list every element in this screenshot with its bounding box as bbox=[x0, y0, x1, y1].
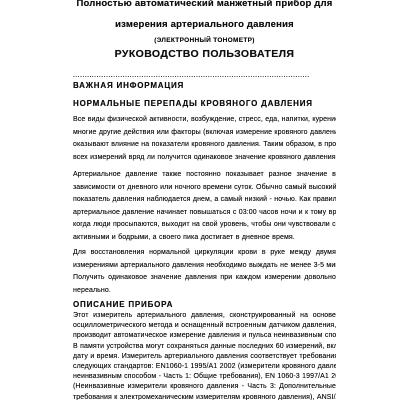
text-line: дату и время. Измеритель артериального д… bbox=[73, 352, 336, 362]
product-subtitle: (ЭЛЕКТРОННЫЙ ТОНОМЕТР) bbox=[73, 37, 336, 44]
text-line: производит автоматическое измерение давл… bbox=[73, 331, 336, 341]
text-line: Получить одинаковое значение давления пр… bbox=[73, 272, 336, 285]
paragraph-daily-variation: Артериальное давление также постоянно по… bbox=[73, 169, 336, 244]
text-line: показатель давления наблюдается днем, а … bbox=[73, 194, 336, 207]
text-line: следующих стандартов: EN1060-1 1995/A1 2… bbox=[73, 362, 336, 372]
product-title-line2: измерения артериального давления bbox=[73, 19, 336, 30]
text-line: осциллометрического метода и оснащенный … bbox=[73, 321, 336, 331]
dotted-separator: ........................................… bbox=[73, 73, 309, 79]
section-heading-bp-fluctuations: НОРМАЛЬНЫЕ ПЕРЕПАДЫ КРОВЯНОГО ДАВЛЕНИЯ bbox=[73, 99, 336, 108]
text-line: зависимости от дневного или ночного врем… bbox=[73, 182, 336, 195]
text-line: всех измерений вряд ли получится одинако… bbox=[73, 152, 336, 165]
text-line: нереально. bbox=[73, 285, 336, 298]
document-page: Полностью автоматический манжетный прибо… bbox=[0, 0, 400, 400]
product-title-line1: Полностью автоматический манжетный прибо… bbox=[73, 0, 336, 9]
text-line: активными и бодрыми, а своего пика дости… bbox=[73, 232, 336, 245]
manual-title: РУКОВОДСТВО ПОЛЬЗОВАТЕЛЯ bbox=[73, 48, 336, 60]
paragraph-device-description: Этот измеритель артериального давления, … bbox=[73, 311, 336, 400]
text-line: артериальное давление начинает повышатьс… bbox=[73, 207, 336, 220]
text-line: измерениями артериального давления необх… bbox=[73, 260, 336, 273]
text-line: Для восстановления нормальной циркуляции… bbox=[73, 247, 336, 260]
text-line: многие другие действия или факторы (вклю… bbox=[73, 127, 336, 140]
text-line: В памяти устройства могут сохраняться да… bbox=[73, 342, 336, 352]
text-line: неинвазивным способом - Часть 1: Общие т… bbox=[73, 372, 336, 382]
paragraph-bp-factors: Все виды физической активности, возбужде… bbox=[73, 114, 336, 164]
text-line: когда люди просыпаются, выходит на свой … bbox=[73, 219, 336, 232]
text-line: оказывают влияние на показатели кровяног… bbox=[73, 139, 336, 152]
text-line: Все виды физической активности, возбужде… bbox=[73, 114, 336, 127]
section-heading-device-description: ОПИСАНИЕ ПРИБОРА bbox=[73, 300, 336, 309]
section-heading-important-info: ВАЖНАЯ ИНФОРМАЦИЯ bbox=[73, 81, 336, 90]
text-line: Артериальное давление также постоянно по… bbox=[73, 169, 336, 182]
paragraph-wait-between-measurements: Для восстановления нормальной циркуляции… bbox=[73, 247, 336, 297]
text-line: Этот измеритель артериального давления, … bbox=[73, 311, 336, 321]
text-line: (Неинвазивные измерители кровяного давле… bbox=[73, 382, 336, 392]
text-line: требования к электромеханическим измерит… bbox=[73, 393, 336, 400]
